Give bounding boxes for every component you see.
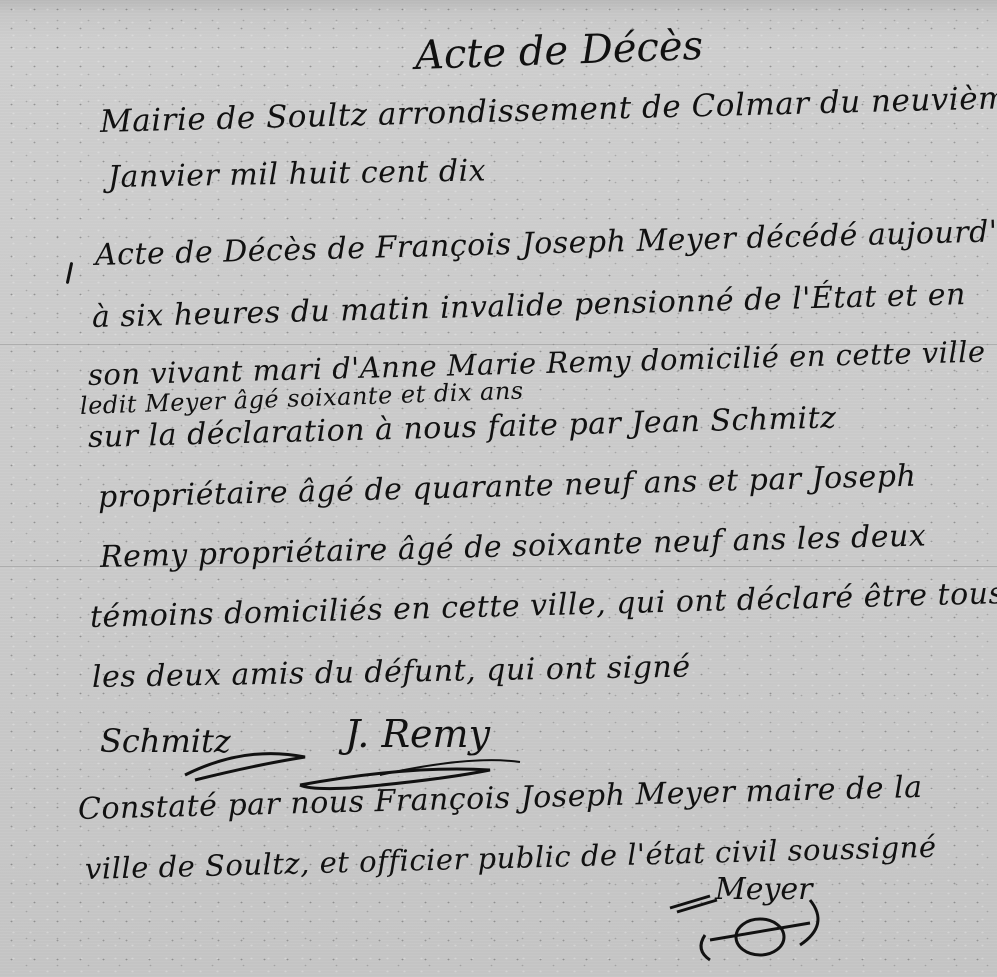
text-line-4: à six heures du matin invalide pensionné… <box>92 277 967 335</box>
text-line-3: Acte de Décès de François Joseph Meyer d… <box>95 213 997 273</box>
signature-paraph-icon <box>690 895 840 970</box>
document-page: Acte de Décès Mairie de Soultz arrondiss… <box>0 0 997 977</box>
document-title: Acte de Décès <box>414 23 704 79</box>
text-line-11: les deux amis du défunt, qui ont signé <box>92 650 691 695</box>
text-line-8: propriétaire âgé de quarante neuf ans et… <box>98 459 917 515</box>
text-line-2: Janvier mil huit cent dix <box>108 153 487 195</box>
margin-mark <box>66 262 74 284</box>
text-line-1: Mairie de Soultz arrondissement de Colma… <box>100 80 997 140</box>
text-line-10: témoins domiciliés en cette ville, qui o… <box>90 576 997 635</box>
